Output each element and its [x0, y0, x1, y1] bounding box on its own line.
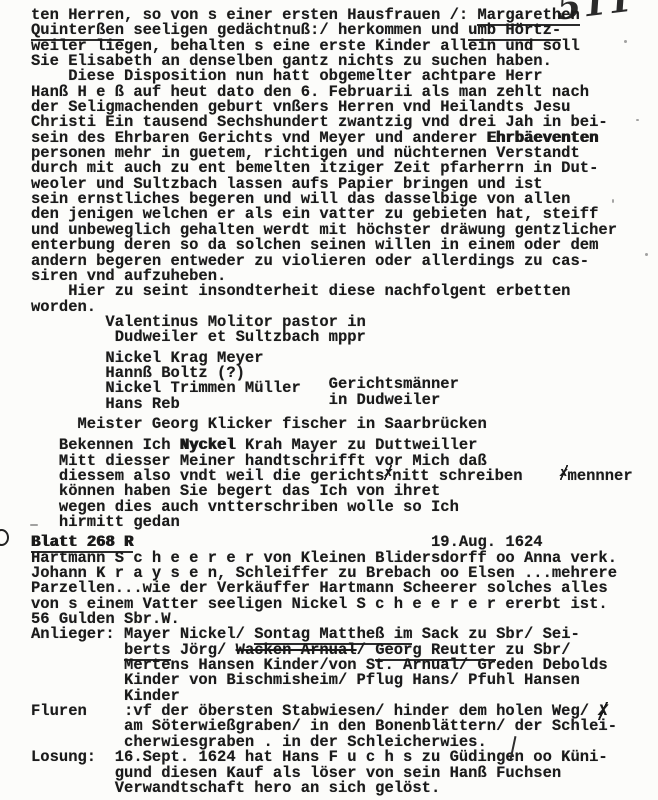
text-segment: Hans Reb: [31, 395, 329, 413]
ink-speckle: [645, 253, 648, 256]
ink-speckle: [30, 524, 38, 526]
text-line: Dudweiler et Sultzbach mppr: [31, 330, 658, 345]
text-segment: Dudweiler et Sultzbach mppr: [31, 328, 366, 346]
text-line: Hier zu seint insondterheit diese nachfo…: [31, 284, 658, 299]
corner-ink-mark: [0, 529, 9, 546]
margin-note: mennner: [568, 467, 633, 485]
ink-speckle: [624, 40, 627, 43]
insertion-mark: x: [560, 465, 568, 480]
ink-speckle: [636, 119, 639, 121]
column-note: in Dudweiler: [329, 391, 441, 409]
text-segment: hirmitt gedan: [31, 513, 180, 531]
ink-speckle: [612, 199, 614, 203]
insertion-mark: x: [384, 465, 392, 480]
document-lines: ten Herren, so von s einer ersten Hausfr…: [31, 8, 658, 796]
scanned-page: 511 ten Herren, so von s einer ersten Ha…: [0, 0, 658, 800]
text-line: Verwandtschaft hero an sich gelöst.: [31, 781, 658, 796]
text-line: Meister Georg Klicker fischer in Saarbrü…: [31, 417, 658, 432]
text-segment: Meister Georg Klicker fischer in Saarbrü…: [31, 415, 487, 433]
text-line: Hans Reb in Dudweiler: [31, 397, 658, 412]
text-segment: Hier zu seint insondterheit diese nachfo…: [31, 282, 571, 300]
text-segment: Verwandtschaft hero an sich gelöst.: [31, 779, 440, 797]
text-line: hirmitt gedan: [31, 515, 658, 530]
